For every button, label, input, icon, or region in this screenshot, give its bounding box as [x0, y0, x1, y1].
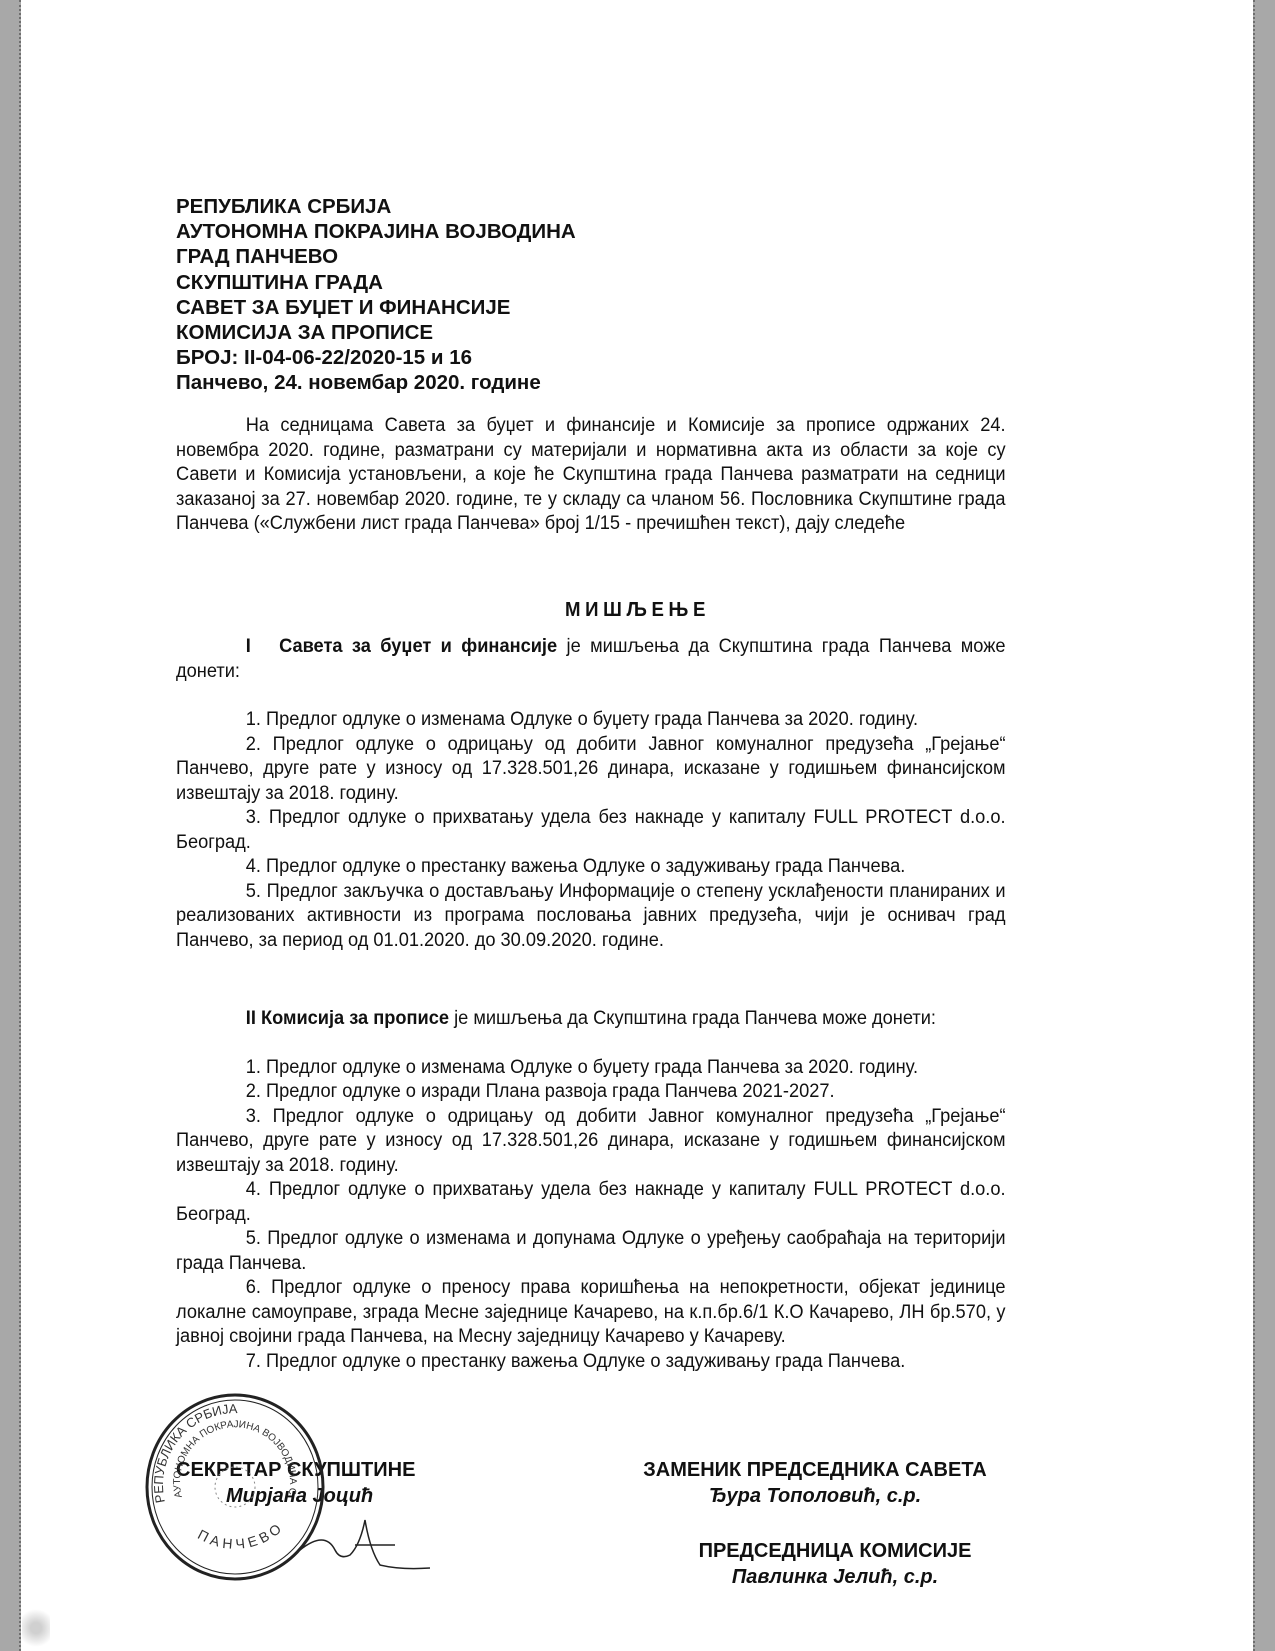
- commission-chair-name: Павлинка Јелић, с.р.: [665, 1564, 1005, 1590]
- scan-edge-left: [0, 0, 21, 1651]
- section-1-item: 4. Предлог одлуке о престанку важења Одл…: [176, 854, 1006, 879]
- document-title: МИШЉЕЊЕ: [45, 599, 1231, 622]
- section-2-body-name: Комисија за прописе: [261, 1007, 449, 1029]
- header-line-province: АУТОНОМНА ПОКРАЈИНА ВОЈВОДИНА: [176, 219, 576, 244]
- section-1-item: 2. Предлог одлуке о одрицању од добити Ј…: [176, 732, 1006, 806]
- section-2: II Комисија за прописе је мишљења да Ску…: [176, 1006, 1006, 1373]
- scan-edge-right: [1253, 0, 1275, 1651]
- section-1-item: 3. Предлог одлуке о прихватању удела без…: [176, 805, 1006, 854]
- commission-chair-title: ПРЕДСЕДНИЦА КОМИСИЈЕ: [665, 1538, 1005, 1564]
- section-2-item: 7. Предлог одлуке о престанку важења Одл…: [176, 1349, 1006, 1374]
- intro-section: На седницама Савета за буџет и финансије…: [176, 413, 1006, 536]
- section-2-numeral: II: [246, 1007, 256, 1029]
- section-2-lead-text: је мишљења да Скупштина града Панчева мо…: [449, 1007, 936, 1029]
- document-header: РЕПУБЛИКА СРБИЈА АУТОНОМНА ПОКРАЈИНА ВОЈ…: [176, 194, 576, 396]
- section-1: I Савета за буџет и финансије је мишљења…: [176, 634, 1006, 952]
- intro-paragraph: На седницама Савета за буџет и финансије…: [176, 413, 1006, 536]
- handwritten-signature-icon: [300, 1510, 430, 1570]
- section-1-lead: I Савета за буџет и финансије је мишљења…: [176, 634, 1006, 683]
- section-2-item: 4. Предлог одлуке о прихватању удела без…: [176, 1177, 1006, 1226]
- section-1-item: 1. Предлог одлуке о изменама Одлуке о бу…: [176, 707, 1006, 732]
- header-line-council: САВЕТ ЗА БУЏЕТ И ФИНАНСИЈЕ: [176, 295, 576, 320]
- header-line-city: ГРАД ПАНЧЕВО: [176, 244, 576, 269]
- header-line-reference-number: БРОЈ: II-04-06-22/2020-15 и 16: [176, 345, 576, 370]
- header-line-date: Панчево, 24. новембар 2020. године: [176, 370, 576, 395]
- section-1-item: 5. Предлог закључка о достављању Информа…: [176, 879, 1006, 953]
- section-2-item: 3. Предлог одлуке о одрицању од добити Ј…: [176, 1104, 1006, 1178]
- section-2-item: 1. Предлог одлуке о изменама Одлуке о бу…: [176, 1055, 1006, 1080]
- svg-text:ПАНЧЕВО: ПАНЧЕВО: [195, 1518, 287, 1552]
- header-line-republic: РЕПУБЛИКА СРБИЈА: [176, 194, 576, 219]
- section-1-numeral: I: [246, 635, 251, 657]
- header-line-commission: КОМИСИЈА ЗА ПРОПИСЕ: [176, 320, 576, 345]
- section-2-item: 5. Предлог одлуке о изменама и допунама …: [176, 1226, 1006, 1275]
- section-2-item: 2. Предлог одлуке о изради Плана развоја…: [176, 1079, 1006, 1104]
- svg-text:РЕПУБЛИКА СРБИЈА: РЕПУБЛИКА СРБИЈА: [151, 1401, 238, 1504]
- signature-council-deputy: ЗАМЕНИК ПРЕДСЕДНИКА САВЕТА Ђура Тополови…: [615, 1457, 1015, 1509]
- header-line-assembly: СКУПШТИНА ГРАДА: [176, 270, 576, 295]
- section-2-lead: II Комисија за прописе је мишљења да Ску…: [176, 1006, 1006, 1031]
- section-2-item: 6. Предлог одлуке о преносу права коришћ…: [176, 1275, 1006, 1349]
- signature-commission-chair: ПРЕДСЕДНИЦА КОМИСИЈЕ Павлинка Јелић, с.р…: [665, 1538, 1005, 1590]
- council-deputy-title: ЗАМЕНИК ПРЕДСЕДНИКА САВЕТА: [615, 1457, 1015, 1483]
- section-1-body-name: Савета за буџет и финансије: [279, 635, 557, 657]
- council-deputy-name: Ђура Тополовић, с.р.: [615, 1483, 1015, 1509]
- scan-speckle: [22, 1605, 50, 1651]
